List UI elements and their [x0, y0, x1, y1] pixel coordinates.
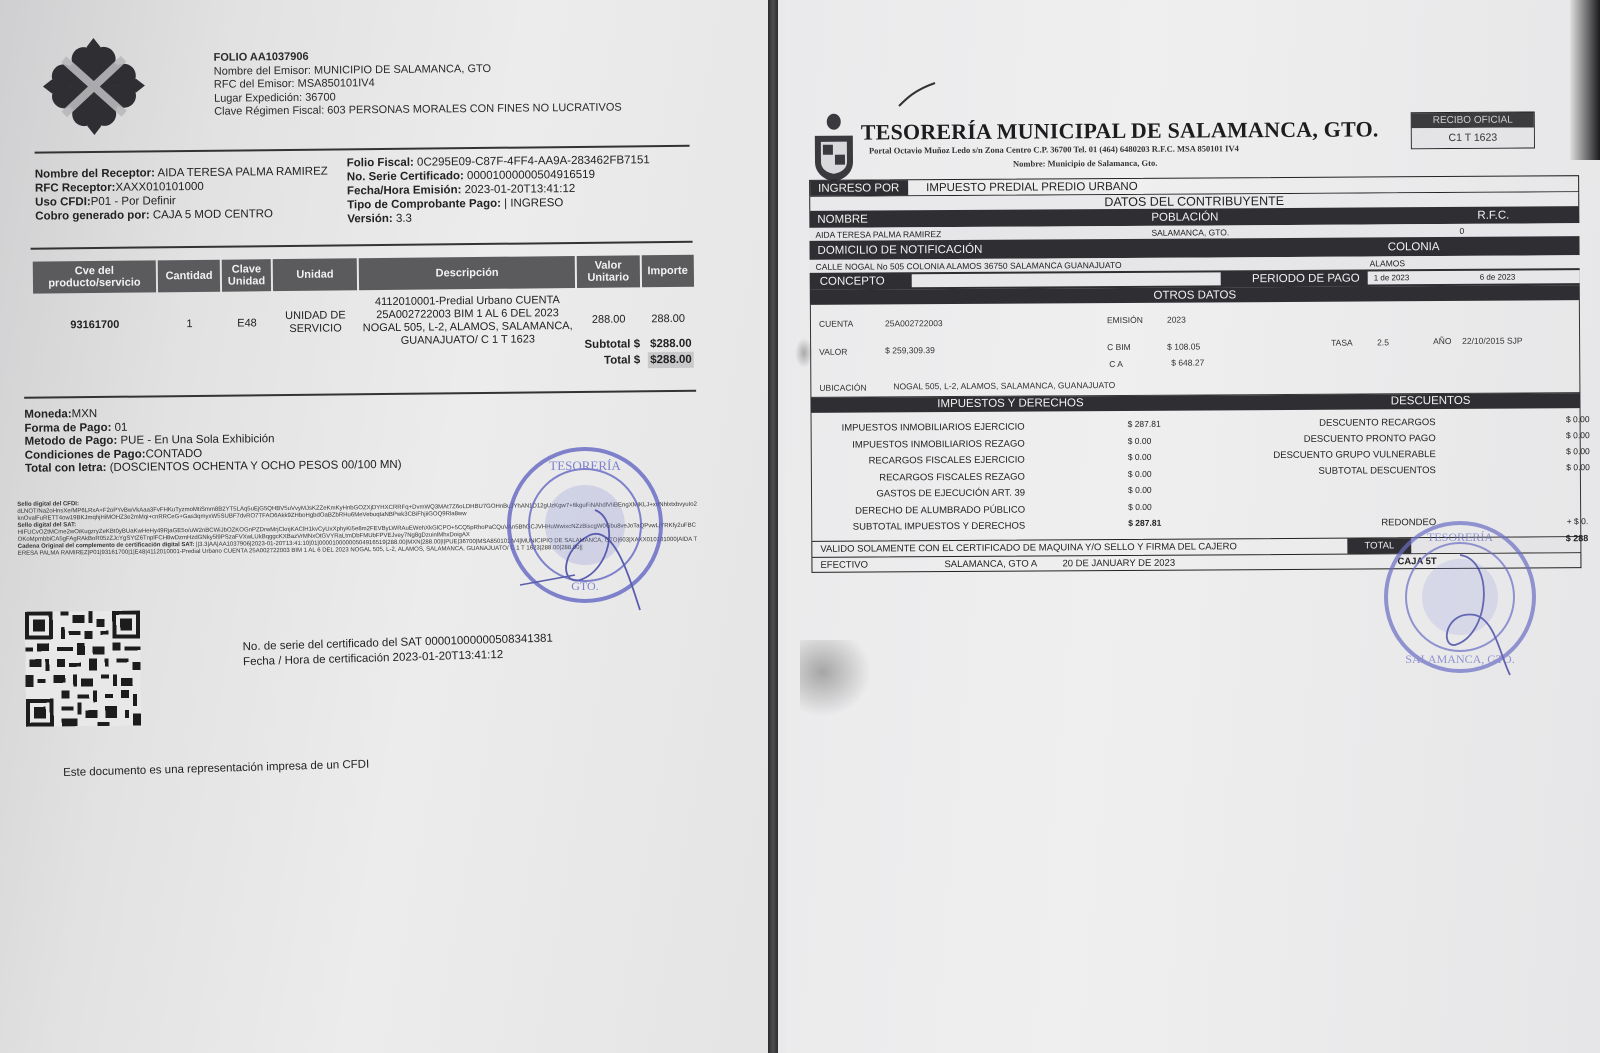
label: RFC Receptor:: [35, 182, 116, 195]
impuesto-label: GASTOS DE EJECUCIÓN ART. 39: [876, 488, 1025, 500]
binder-spine: [768, 0, 778, 1053]
label: Cobro generado por:: [35, 209, 149, 222]
fecha-value: 20 DE JANUARY DE 2023: [1062, 556, 1397, 569]
rfc-label: R.F.C.: [1419, 209, 1579, 222]
col-header: Unidad: [272, 258, 357, 291]
cuenta-label: CUENTA: [819, 319, 853, 329]
descuento-label: SUBTOTAL DESCUENTOS: [1318, 465, 1435, 477]
salamanca-crest-icon: [809, 112, 859, 184]
subtotal-label: Subtotal $: [584, 336, 640, 353]
payment-block: Moneda:MXN Forma de Pago: 01 Metodo de P…: [24, 405, 401, 476]
impuesto-label: DERECHO DE ALUMBRADO PÚBLICO: [855, 504, 1025, 516]
recibo-oficial-box: RECIBO OFICIAL C1 T 1623: [1411, 111, 1535, 149]
redondeo-value: + $ 0.: [1567, 516, 1589, 526]
colonia-label: COLONIA: [1388, 240, 1580, 253]
total-letra: (DOSCIENTOS OCHENTA Y OCHO PESOS 00/100 …: [110, 459, 402, 474]
recibo-oficial-page: TESORERÍA MUNICIPAL DE SALAMANCA, GTO. P…: [790, 0, 1600, 1053]
forma-pago: 01: [115, 421, 128, 433]
cell-unidad: UNIDAD DE SERVICIO: [273, 290, 358, 355]
nombre-label: NOMBRE: [809, 211, 1139, 225]
ca-value: $ 648.27: [1171, 357, 1204, 367]
receptor-block: Nombre del Receptor: AIDA TERESA PALMA R…: [35, 165, 328, 224]
uso-cfdi: P01 - Por Definir: [91, 195, 176, 208]
anio-label: AÑO: [1433, 336, 1451, 346]
col-header: Clave Unidad: [222, 259, 271, 292]
efectivo-label: EFECTIVO: [812, 559, 944, 571]
periodo-label: PERIODO DE PAGO: [1220, 272, 1368, 285]
metodo-pago: PUE - En Una Sola Exhibición: [120, 433, 274, 447]
label: No. Serie Certificado:: [347, 170, 464, 183]
cbim-label: C BIM: [1107, 342, 1131, 352]
tipo-comprobante: | INGRESO: [504, 197, 563, 210]
divider: [35, 145, 690, 154]
tesoreria-stamp-icon: TESORERÍA SALAMANCA, GTO.: [1380, 515, 1540, 680]
emision-label: EMISIÓN: [1107, 315, 1143, 325]
label: Versión:: [347, 213, 393, 225]
svg-text:SALAMANCA, GTO.: SALAMANCA, GTO.: [1405, 652, 1514, 666]
label: Sello digital del CFDI:: [17, 501, 79, 508]
impuesto-amount: $ 287.81: [1128, 518, 1161, 528]
version: 3.3: [396, 213, 412, 225]
col-header: Cantidad: [158, 260, 221, 293]
cell-clave-unidad: E48: [222, 291, 271, 356]
recibo-form: INGRESO POR IMPUESTO PREDIAL PREDIO URBA…: [809, 175, 1581, 573]
pen-mark-icon: [897, 80, 937, 108]
descuento-amount: $ 0.00: [1566, 446, 1590, 456]
cell-cantidad: 1: [158, 292, 221, 357]
label: Uso CFDI:: [35, 196, 91, 209]
cbim-value: $ 108.05: [1167, 342, 1200, 352]
impuesto-amount: $ 0.00: [1128, 485, 1152, 495]
col-header: Valor Unitario: [577, 255, 640, 288]
municipal-logo-icon: [38, 33, 149, 139]
tasa-value: 2.5: [1377, 337, 1389, 347]
concepto-label: CONCEPTO: [810, 275, 912, 288]
periodo-hasta: 6 de 2023: [1474, 272, 1580, 282]
periodo-desde: 1 de 2023: [1368, 273, 1474, 283]
descuento-label: DESCUENTO PRONTO PAGO: [1304, 433, 1436, 445]
total-label: Total $: [604, 352, 640, 368]
col-header: Descripción: [359, 256, 575, 290]
valor-value: $ 259,309.39: [885, 345, 935, 355]
serie-certificado: 00001000000504916519: [467, 169, 595, 182]
subtotal-value: $288.00: [648, 336, 694, 352]
smudge: [795, 338, 813, 368]
rfc-value: 0: [1419, 225, 1579, 236]
impuesto-amount: $ 0.00: [1128, 468, 1152, 478]
cuenta-value: 25A002722003: [885, 318, 943, 328]
lugar-fecha-label: SALAMANCA, GTO A: [944, 558, 1062, 570]
label: Nombre del Receptor:: [35, 167, 155, 180]
divider: [31, 241, 693, 250]
label: Total con letra:: [25, 462, 107, 475]
concepto-value: [911, 272, 1220, 287]
ubicacion-label: UBICACIÓN: [819, 383, 866, 393]
impuesto-amount: $ 0.00: [1128, 435, 1152, 445]
label: Sello digital del SAT:: [17, 522, 76, 529]
tesoreria-address: Portal Octavio Muñoz Ledo s/n Zona Centr…: [869, 143, 1239, 155]
impuesto-label: IMPUESTOS INMOBILIARIOS REZAGO: [852, 438, 1025, 450]
receptor-nombre: AIDA TERESA PALMA RAMIREZ: [157, 166, 327, 180]
cell-clave: 93161700: [33, 292, 157, 357]
cfdi-invoice-page: FOLIO AA1037906 Nombre del Emisor: MUNIC…: [0, 0, 790, 1053]
descuento-amount: $ 0.00: [1566, 462, 1590, 472]
impuesto-label: SUBTOTAL IMPUESTOS Y DERECHOS: [853, 521, 1026, 533]
nombre-value: AIDA TERESA PALMA RAMIREZ: [809, 227, 1139, 239]
receptor-rfc: XAXX010101000: [115, 181, 203, 194]
poblacion-value: SALAMANCA, GTO.: [1139, 226, 1419, 238]
label: Metodo de Pago:: [25, 435, 118, 448]
fiscal-block: Folio Fiscal: 0C295E09-C87F-4FF4-AA9A-28…: [347, 153, 651, 226]
emisor-block: FOLIO AA1037906 Nombre del Emisor: MUNIC…: [214, 47, 622, 119]
total-value: $288.00: [648, 352, 694, 368]
ingreso-label: INGRESO POR: [810, 180, 908, 196]
otros-datos: CUENTA 25A002722003 EMISIÓN 2023 VALOR $…: [810, 300, 1581, 398]
ubicacion-value: NOGAL 505, L-2, ALAMOS, SALAMANCA, GUANA…: [893, 380, 1115, 391]
smudge: [800, 640, 875, 720]
moneda: MXN: [72, 408, 98, 420]
col-header: Importe: [641, 255, 694, 288]
poblacion-label: POBLACIÓN: [1139, 210, 1419, 224]
tesoreria-title: TESORERÍA MUNICIPAL DE SALAMANCA, GTO.: [861, 116, 1379, 145]
regimen-fiscal: Clave Régimen Fiscal: 603 PERSONAS MORAL…: [214, 101, 622, 119]
cell-descripcion: 4112010001-Predial Urbano CUENTA 25A0027…: [359, 288, 575, 354]
recibo-number: C1 T 1623: [1412, 127, 1534, 148]
folio-fiscal: 0C295E09-C87F-4FF4-AA9A-283462FB7151: [417, 154, 650, 168]
tesoreria-name: Nombre: Municipio de Salamanca, Gto.: [1013, 158, 1157, 169]
descuento-amount: $ 0.00: [1566, 430, 1590, 440]
impuesto-amount: $ 287.81: [1128, 419, 1161, 429]
tasa-label: TASA: [1331, 338, 1353, 348]
label: Moneda:: [24, 408, 71, 420]
label: Condiciones de Pago:: [25, 448, 146, 461]
label: Tipo de Comprobante Pago:: [347, 198, 501, 212]
col-header: Cve del producto/servicio: [33, 260, 156, 293]
anio-value: 22/10/2015 SJP: [1462, 336, 1523, 346]
total-value: $ 288: [1566, 533, 1589, 543]
fecha-emision: 2023-01-20T13:41:12: [465, 183, 576, 196]
colonia-value: ALAMOS: [1370, 257, 1580, 268]
impuesto-label: RECARGOS FISCALES EJERCICIO: [869, 455, 1025, 467]
impuesto-label: IMPUESTOS INMOBILIARIOS EJERCICIO: [842, 422, 1025, 434]
label: Fecha/Hora Emisión:: [347, 184, 462, 197]
sat-certificate: No. de serie del certificado del SAT 000…: [242, 632, 553, 671]
recibo-label: RECIBO OFICIAL: [1412, 112, 1534, 128]
descuento-label: DESCUENTO GRUPO VULNERABLE: [1273, 449, 1435, 461]
impuesto-amount: $ 0.00: [1128, 452, 1152, 462]
tesoreria-stamp-icon: TESORERÍA GTO.: [500, 440, 670, 615]
valor-label: VALOR: [819, 347, 847, 357]
cfdi-note: Este documento es una representación imp…: [63, 759, 369, 780]
descuento-label: DESCUENTO RECARGOS: [1319, 417, 1436, 429]
condiciones-pago: CONTADO: [145, 447, 202, 460]
svg-text:TESORERÍA: TESORERÍA: [1427, 530, 1493, 544]
divider: [24, 390, 696, 399]
totals-block: Subtotal $$288.00 Total $$288.00: [584, 336, 694, 369]
descuento-amount: $ 0.00: [1566, 414, 1590, 424]
label: Folio Fiscal:: [347, 157, 414, 170]
label: Forma de Pago:: [24, 421, 111, 434]
periodo-values: 1 de 2023 6 de 2023: [1368, 270, 1580, 284]
impuesto-amount: $ 0.00: [1128, 501, 1152, 511]
emision-value: 2023: [1167, 315, 1186, 325]
svg-text:TESORERÍA: TESORERÍA: [549, 458, 621, 473]
qr-code-icon: [23, 611, 142, 727]
ca-label: C A: [1109, 359, 1123, 369]
domicilio-label: DOMICILIO DE NOTIFICACIÓN: [809, 243, 982, 256]
cobro-generado: CAJA 5 MOD CENTRO: [153, 208, 273, 221]
impuesto-label: RECARGOS FISCALES REZAGO: [879, 471, 1025, 483]
ingreso-value: IMPUESTO PREDIAL PREDIO URBANO: [908, 179, 1138, 195]
